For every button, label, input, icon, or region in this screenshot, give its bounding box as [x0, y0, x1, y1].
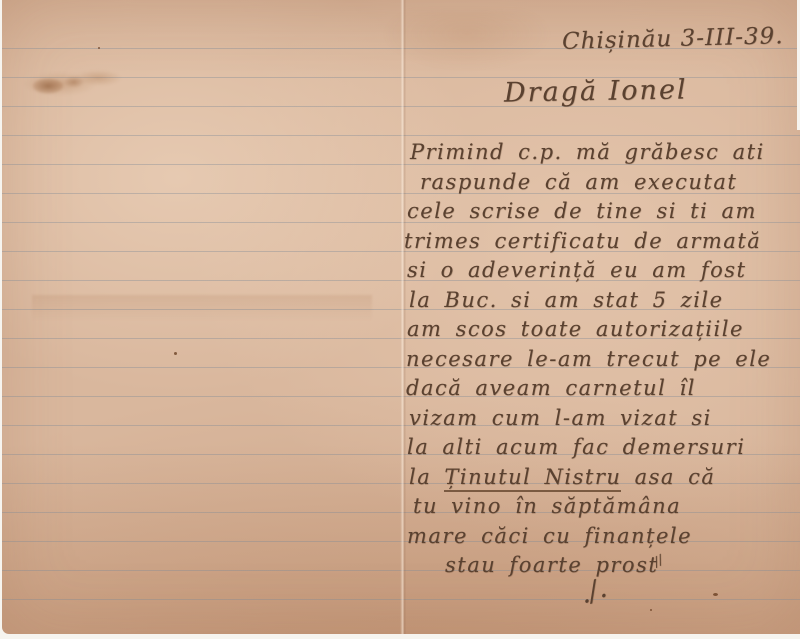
underlined-phrase: Ținutul Nistru — [444, 465, 621, 492]
body-line: cele scrise de tine si ti am — [407, 199, 800, 229]
body-line: stau foarte prost// — [445, 553, 800, 583]
body-line: dacă aveam carnetul îl — [406, 376, 800, 406]
body-line: mare căci cu finanțele — [407, 524, 800, 554]
paper-speck — [98, 47, 100, 49]
age-blotch — [32, 295, 372, 321]
body-line-underlined: la Ținutul Nistru asa că — [409, 465, 800, 495]
body-line: la alti acum fac demersuri — [407, 435, 800, 465]
last-line-text: stau foarte prost — [445, 553, 658, 577]
letter-scan: Chișinău 3-III-39. Dragă Ionel Primind c… — [0, 0, 800, 639]
letter-body: Primind c.p. mă grăbesc ati raspunde că … — [404, 140, 800, 583]
body-line: vizam cum l-am vizat si — [409, 406, 800, 436]
paper-sheet: Chișinău 3-III-39. Dragă Ionel Primind c… — [2, 0, 800, 634]
body-line: si o adeverință eu am fost — [407, 258, 800, 288]
line12-post: asa că — [621, 465, 715, 489]
body-line: necesare le-am trecut pe ele — [406, 347, 800, 377]
body-line: tu vino în săptămâna — [413, 494, 800, 524]
body-line: raspunde că am executat — [420, 170, 800, 200]
written-page: Chișinău 3-III-39. Dragă Ionel Primind c… — [402, 0, 800, 634]
salutation: Dragă Ionel — [504, 74, 688, 108]
paper-speck — [174, 352, 177, 355]
body-line: trimes certificatu de armată — [404, 229, 800, 259]
body-line: Primind c.p. mă grăbesc ati — [410, 140, 800, 170]
body-line: la Buc. si am stat 5 zile — [409, 288, 800, 318]
line12-pre: la — [409, 465, 444, 489]
ink-stain — [20, 66, 124, 102]
place-date-line: Chișinău 3-III-39. — [562, 23, 784, 55]
body-line: am scos toate autorizațiile — [407, 317, 800, 347]
